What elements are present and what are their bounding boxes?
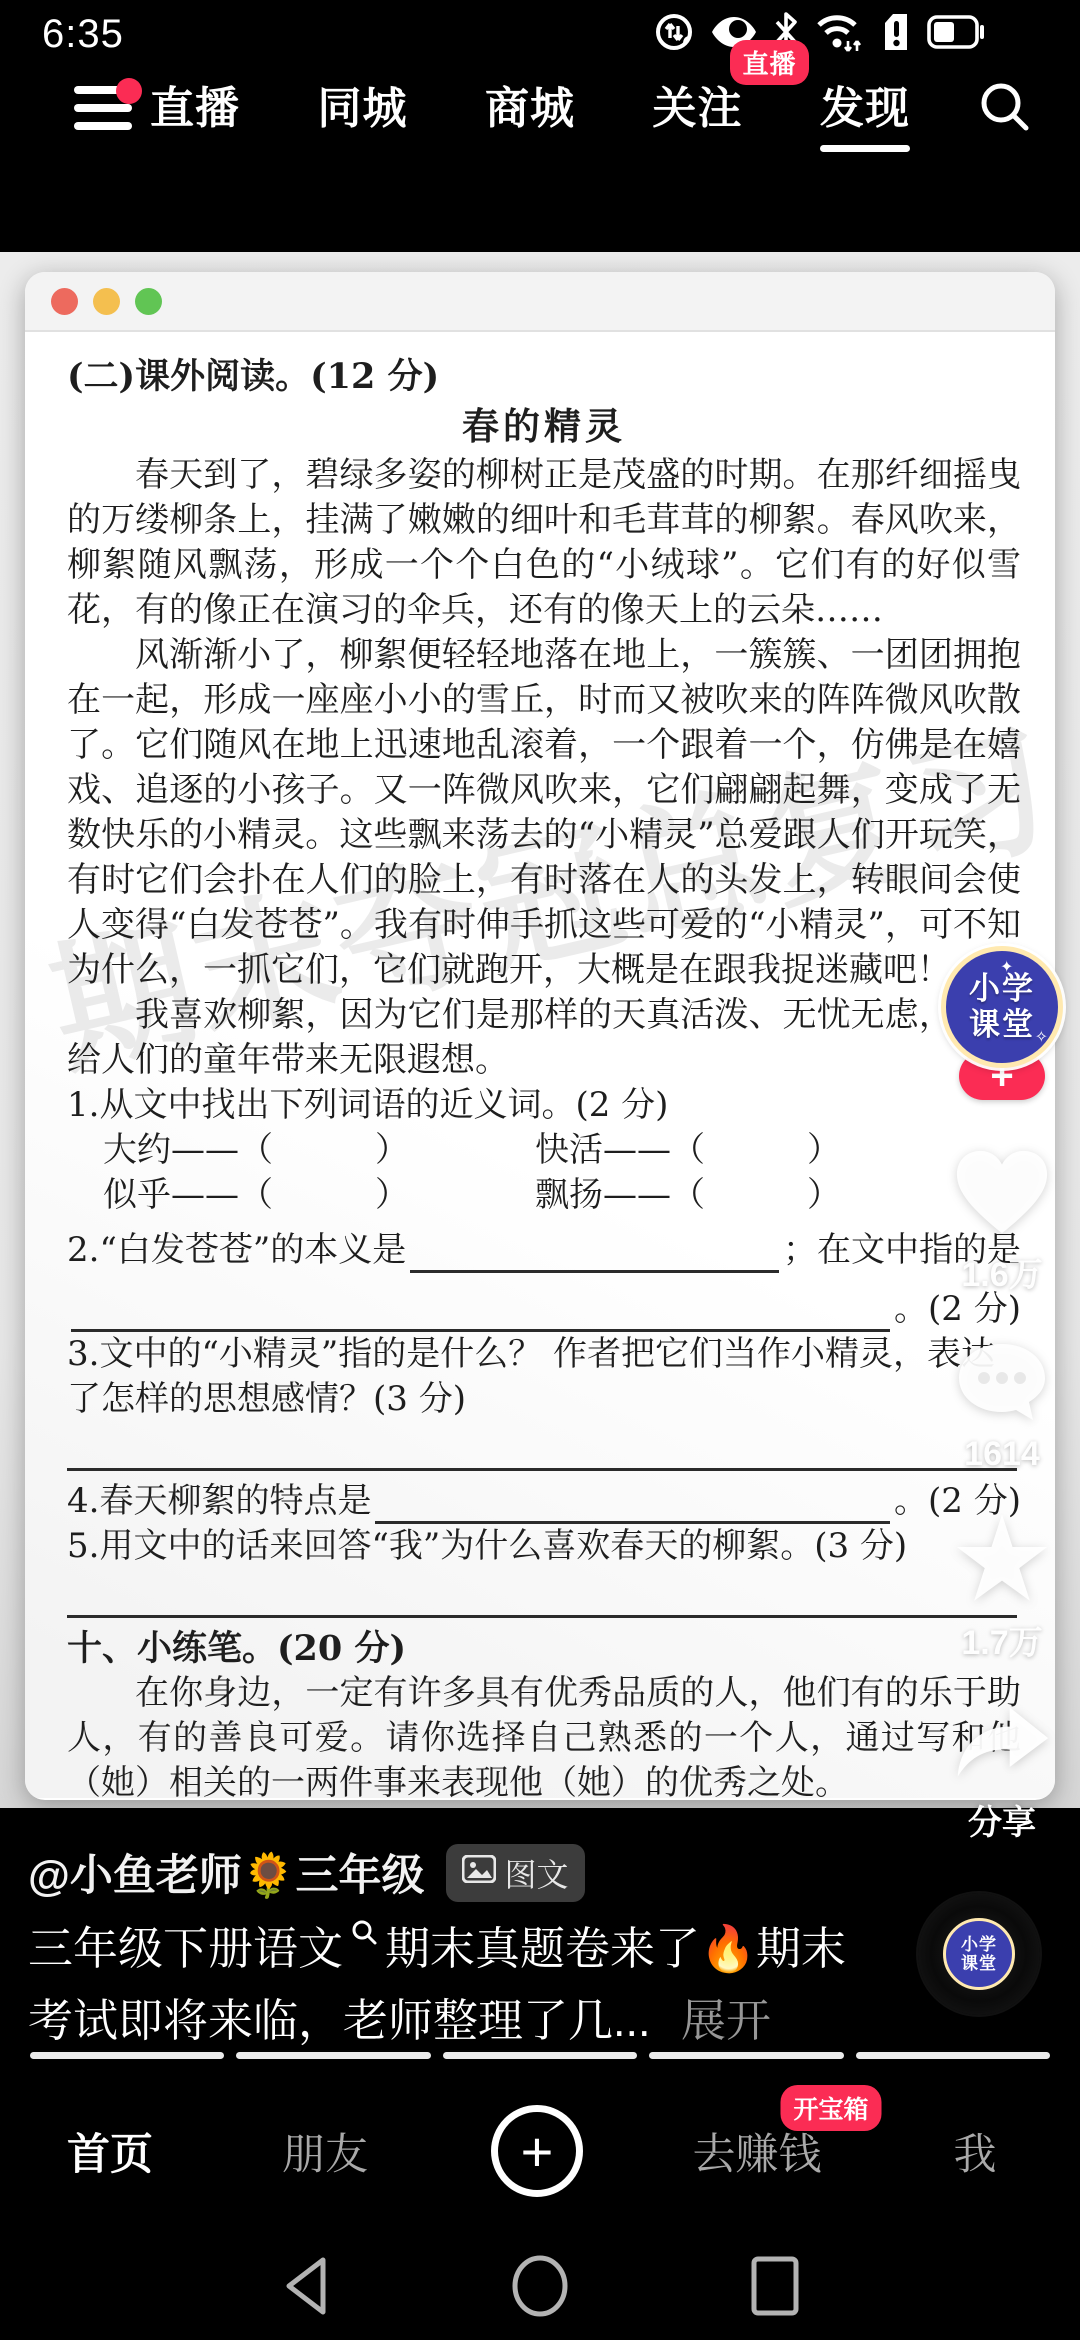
answer-blank xyxy=(375,1485,890,1524)
question-1-row-1: 大约——（ ） 快活——（ ） xyxy=(67,1128,1021,1173)
tab-mall[interactable]: 商城 xyxy=(485,72,575,136)
synonym-item: 快活——（ ） xyxy=(535,1128,841,1173)
wifi-icon xyxy=(815,11,865,58)
android-nav-bar xyxy=(0,2240,1080,2340)
progress-segment xyxy=(236,2052,430,2059)
answer-blank-line xyxy=(67,1573,1017,1618)
comment-count: 1614 xyxy=(964,1435,1040,1474)
window-zoom-dot xyxy=(135,288,162,315)
treasure-chest-badge: 开宝箱 xyxy=(780,2085,881,2131)
writing-prompt: 在你身边，一定有许多具有优秀品质的人，他们有的乐于助人，有的善良可爱。请你选择自… xyxy=(67,1671,1021,1800)
progress-segment xyxy=(856,2052,1050,2059)
tab-local[interactable]: 同城 xyxy=(318,72,408,136)
author-avatar[interactable]: ✦ 小学 课堂 ✧ xyxy=(941,946,1063,1068)
author-username[interactable]: @小鱼老师🌻三年级 xyxy=(28,1842,424,1903)
window-close-dot xyxy=(51,288,78,315)
synonym-item: 飘扬——（ ） xyxy=(535,1173,841,1218)
share-icon[interactable] xyxy=(952,1700,1052,1789)
worksheet-image-card[interactable]: 期末夺冠总复习 (二)课外阅读。(12 分) 春的精灵 春天到了，碧绿多姿的柳树… xyxy=(25,272,1055,1800)
window-titlebar xyxy=(25,272,1055,332)
answer-blank-line xyxy=(67,1426,1017,1471)
comment-icon[interactable] xyxy=(955,1340,1049,1431)
like-count: 1.6万 xyxy=(961,1247,1042,1296)
topic-link[interactable]: 三年级下册语文 xyxy=(28,1912,343,1977)
music-disc[interactable]: 小学 课堂 xyxy=(918,1893,1040,2015)
sim-alert-icon xyxy=(881,11,911,58)
window-minimize-dot xyxy=(93,288,120,315)
data-saver-icon xyxy=(653,11,695,58)
passage-paragraph-2: 风渐渐小了，柳絮便轻轻地落在地上，一簇簇、一团团拥抱在一起，形成一座座小小的雪丘… xyxy=(67,633,1021,993)
tab-following[interactable]: 关注 直播 xyxy=(653,72,743,136)
question-2-line-2: 。(2 分) xyxy=(67,1287,1021,1332)
progress-segment xyxy=(443,2052,637,2059)
sparkle-icon: ✧ xyxy=(1035,1027,1048,1047)
android-home-button[interactable] xyxy=(510,2254,570,2323)
caption-line-1[interactable]: 三年级下册语文 期末真题卷来了🔥期末 xyxy=(28,1912,846,1977)
image-post-icon xyxy=(462,1854,496,1891)
answer-blank xyxy=(410,1234,779,1273)
tab-friends[interactable]: 朋友 xyxy=(282,2121,368,2182)
answer-blank xyxy=(71,1293,890,1332)
tab-discover[interactable]: 发现 xyxy=(820,72,910,136)
status-icons xyxy=(653,11,985,58)
passage-paragraph-1: 春天到了，碧绿多姿的柳树正是茂盛的时期。在那纤细摇曳的万缕柳条上，挂满了嫩嫩的细… xyxy=(67,453,1021,633)
passage-paragraph-3: 我喜欢柳絮，因为它们是那样的天真活泼、无忧无虑，它们给人们的童年带来无限遐想。 xyxy=(67,993,1021,1083)
exam-paper: 期末夺冠总复习 (二)课外阅读。(12 分) 春的精灵 春天到了，碧绿多姿的柳树… xyxy=(25,332,1055,1798)
disc-avatar: 小学 课堂 xyxy=(943,1918,1015,1990)
question-1: 1.从文中找出下列词语的近义词。(2 分) xyxy=(67,1083,1021,1128)
create-post-button[interactable]: + xyxy=(491,2105,583,2197)
question-1-row-2: 似乎——（ ） 飘扬——（ ） xyxy=(67,1173,1021,1218)
question-4: 4.春天柳絮的特点是 。(2 分) xyxy=(67,1479,1021,1524)
progress-segment xyxy=(649,2052,843,2059)
carousel-progress-bar xyxy=(30,2052,1050,2059)
search-icon[interactable] xyxy=(976,78,1034,141)
favorite-count: 1.7万 xyxy=(961,1615,1042,1664)
question-3: 3.文中的“小精灵”指的是什么？ 作者把它们当作小精灵，表达了怎样的思想感情？(… xyxy=(67,1332,1021,1422)
live-badge: 直播 xyxy=(730,40,808,85)
bottom-tab-bar: 首页 朋友 + 去赚钱 开宝箱 我 xyxy=(0,2096,1080,2206)
tab-live[interactable]: 直播 xyxy=(150,72,240,136)
sparkle-icon: ✦ xyxy=(1000,957,1013,977)
passage-title: 春的精灵 xyxy=(67,399,1021,453)
writing-section-header: 十、小练笔。(20 分) xyxy=(67,1626,1021,1671)
progress-segment xyxy=(30,2052,224,2059)
share-label: 分享 xyxy=(968,1795,1036,1844)
caption-line-2: 考试即将来临，老师整理了几... 展开 xyxy=(28,1984,771,2049)
question-2-line-1: 2.“白发苍苍”的本义是 ；在文中指的是 xyxy=(67,1228,1021,1273)
feed-tabs: 直播 同城 商城 关注 直播 发现 xyxy=(150,72,910,136)
clock: 6:35 xyxy=(42,12,124,57)
media-type-badge: 图文 xyxy=(446,1844,584,1902)
tab-earn-money[interactable]: 去赚钱 开宝箱 xyxy=(693,2121,822,2182)
menu-icon[interactable] xyxy=(74,86,134,132)
expand-button[interactable]: 展开 xyxy=(681,1995,771,2046)
status-bar: 6:35 xyxy=(0,0,1080,62)
app-screen: 6:35 直播 xyxy=(0,0,1080,2340)
favorite-star-icon[interactable] xyxy=(954,1514,1050,1611)
action-rail: ✦ 小学 课堂 ✧ + 1.6万 1614 1.7万 分享 xyxy=(926,946,1078,1844)
battery-icon xyxy=(927,15,985,54)
android-back-button[interactable] xyxy=(281,2254,329,2323)
like-icon[interactable] xyxy=(953,1146,1051,1243)
tab-home[interactable]: 首页 xyxy=(67,2121,153,2182)
android-recents-button[interactable] xyxy=(749,2254,801,2323)
question-5: 5.用文中的话来回答“我”为什么喜欢春天的柳絮。(3 分) xyxy=(67,1524,1021,1569)
reading-section-header: (二)课外阅读。(12 分) xyxy=(67,354,1021,399)
notification-dot xyxy=(116,78,142,104)
synonym-item: 大约——（ ） xyxy=(103,1128,535,1173)
top-navigation: 直播 同城 商城 关注 直播 发现 xyxy=(0,62,1080,154)
topic-search-icon xyxy=(349,1906,379,1958)
synonym-item: 似乎——（ ） xyxy=(103,1173,535,1218)
tab-me[interactable]: 我 xyxy=(954,2121,997,2182)
